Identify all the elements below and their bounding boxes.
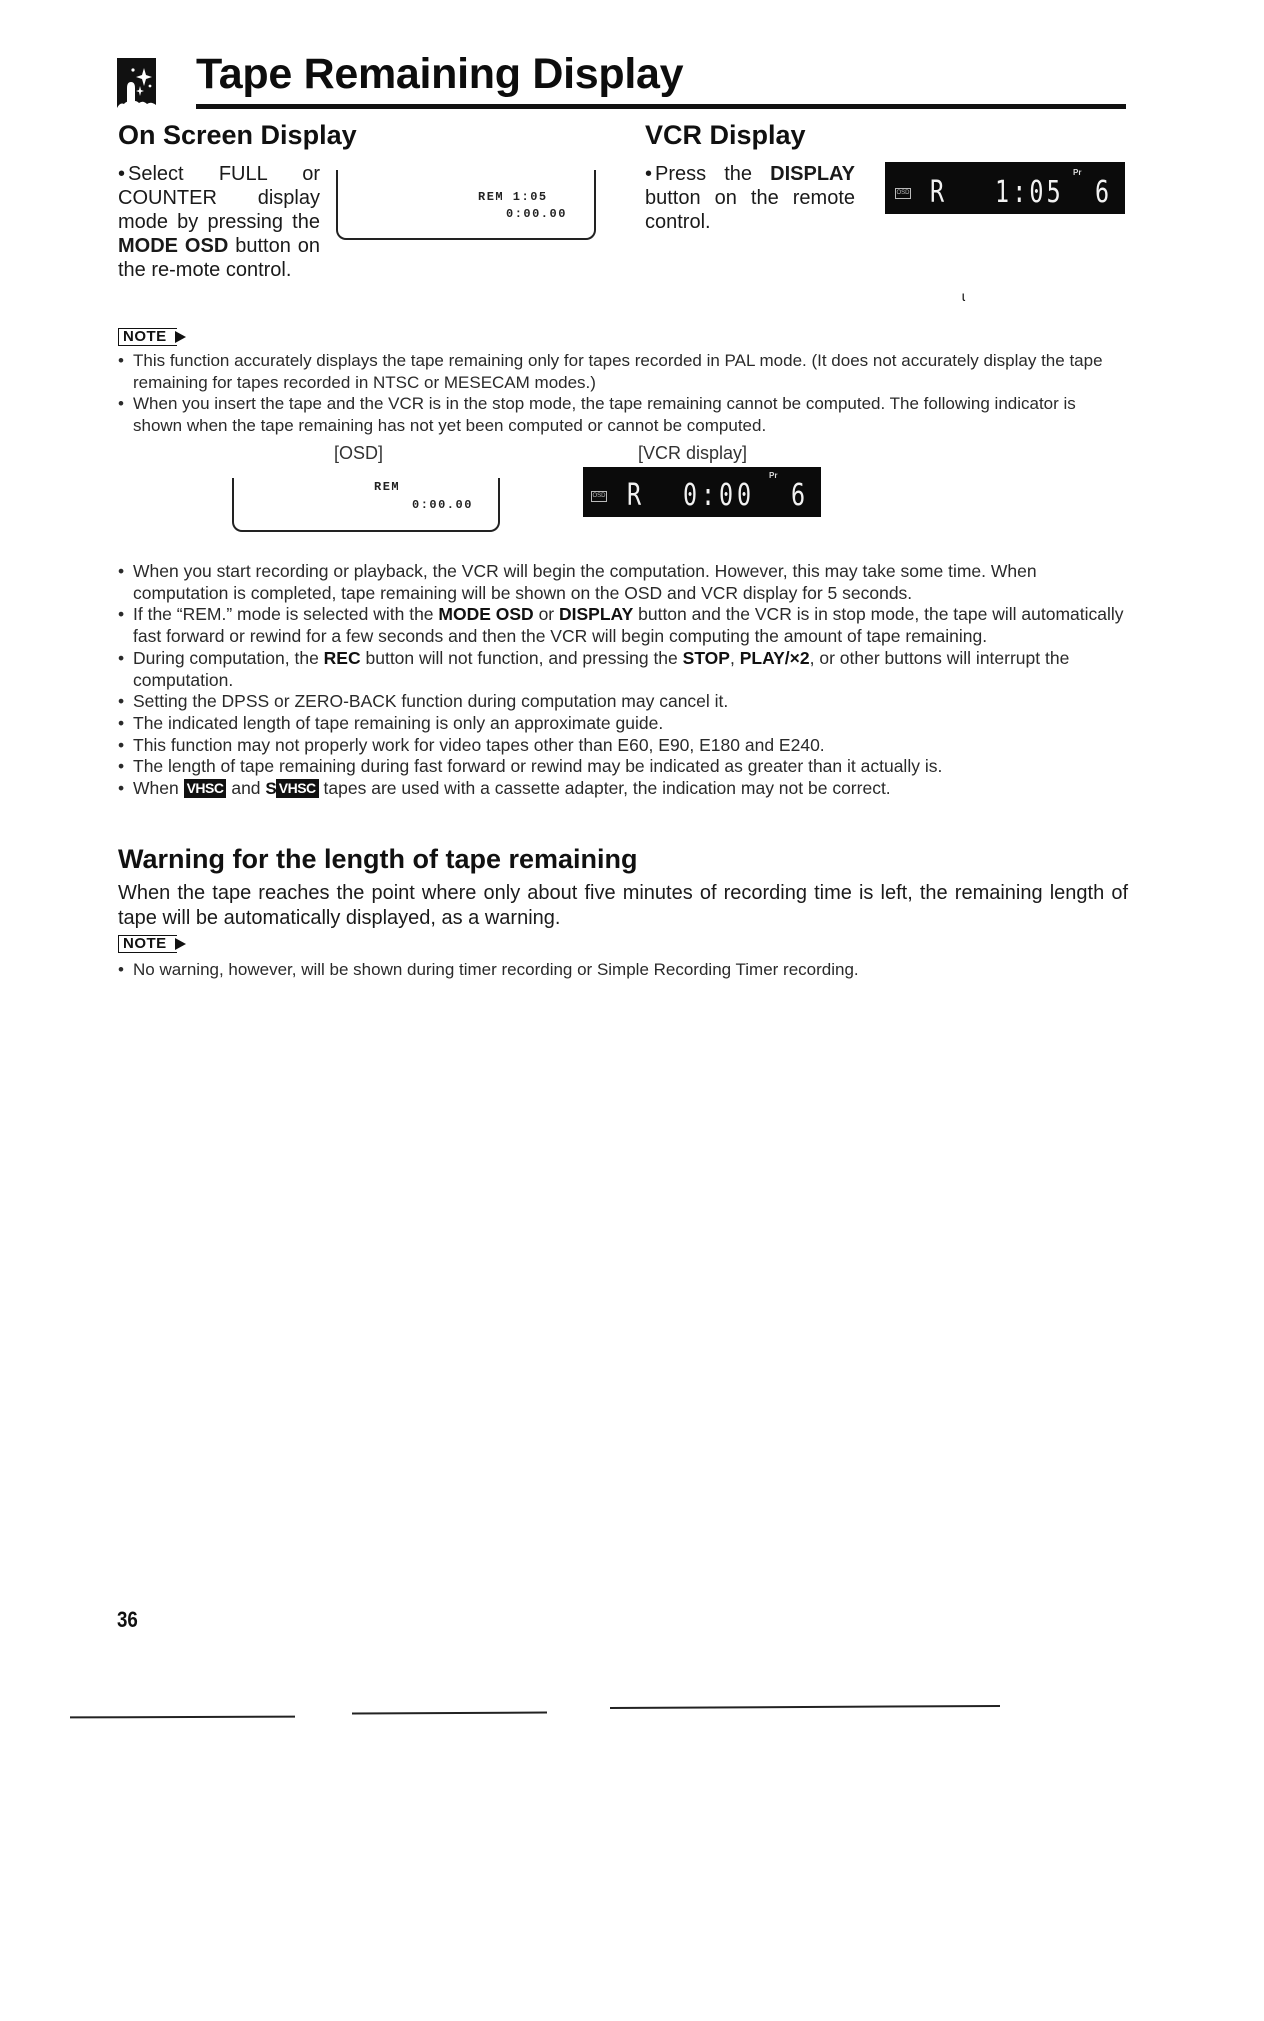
osd-indicator-line-2: 0:00.00	[412, 498, 473, 512]
pr-label: Pr	[1073, 168, 1081, 177]
note-item: No warning, however, will be shown durin…	[118, 959, 1128, 981]
note-item: Setting the DPSS or ZERO-BACK function d…	[118, 691, 1128, 713]
osd-indicator-example: REM 0:00.00	[232, 478, 500, 532]
stray-mark: ɩ	[962, 288, 965, 304]
osd-indicator-icon: OSD	[895, 188, 911, 199]
scan-artifact-line	[70, 1716, 295, 1719]
note-item: This function may not properly work for …	[118, 735, 1128, 757]
vcr-time: 1:05	[995, 175, 1064, 210]
note-badge: NOTE	[118, 935, 186, 953]
vcr-channel: 6	[791, 478, 805, 513]
bullet: •	[645, 162, 655, 186]
vhs-c-logo-icon: VHSC	[184, 778, 227, 798]
note-item: During computation, the REC button will …	[118, 648, 1128, 691]
rocket-stars-icon	[117, 58, 156, 108]
page-title: Tape Remaining Display	[196, 50, 683, 99]
note-item: The length of tape remaining during fast…	[118, 756, 1128, 778]
note-item: The indicated length of tape remaining i…	[118, 713, 1128, 735]
note-arrow-icon	[175, 938, 186, 950]
vcr-channel: 6	[1095, 175, 1109, 210]
vcr-front-display: OSD Pr R 1:05 6	[885, 162, 1125, 214]
note-item: When you insert the tape and the VCR is …	[118, 393, 1128, 436]
vcr-display-heading: VCR Display	[645, 120, 806, 151]
vcr-caption: [VCR display]	[638, 443, 747, 464]
osd-instruction: •Select FULL or COUNTER display mode by …	[118, 162, 320, 282]
note-arrow-icon	[175, 331, 186, 343]
note-list-1: This function accurately displays the ta…	[118, 350, 1128, 437]
scan-artifact-line	[610, 1705, 1000, 1709]
warning-text: When the tape reaches the point where on…	[118, 881, 1128, 931]
on-screen-display-heading: On Screen Display	[118, 120, 357, 151]
vcr-indicator-display: OSD Pr R 0:00 6	[583, 467, 821, 517]
note-badge: NOTE	[118, 328, 186, 346]
osd-line-2: 0:00.00	[506, 207, 567, 221]
osd-caption: [OSD]	[334, 443, 383, 464]
vcr-mode-char: R	[627, 478, 641, 513]
note-list-2: When you start recording or playback, th…	[118, 561, 1128, 800]
osd-screen-example: REM 1:05 0:00.00	[336, 170, 596, 240]
osd-line-1: REM 1:05	[478, 190, 548, 204]
warning-heading: Warning for the length of tape remaining	[118, 844, 638, 875]
title-rule	[196, 104, 1126, 109]
vcr-instruction: •Press the DISPLAY button on the remote …	[645, 162, 855, 234]
page-number: 36	[117, 1607, 138, 1633]
vcr-time: 0:00	[683, 478, 755, 513]
s-vhs-c-logo-icon: SVHSC	[265, 778, 318, 798]
osd-indicator-icon: OSD	[591, 491, 607, 502]
vcr-mode-char: R	[930, 175, 944, 210]
osd-indicator-line-1: REM	[374, 480, 400, 494]
warning-note-list: No warning, however, will be shown durin…	[118, 959, 1128, 981]
scan-artifact-line	[352, 1711, 547, 1714]
note-item: When you start recording or playback, th…	[118, 561, 1128, 604]
bullet: •	[118, 162, 128, 186]
note-item: When VHSC and SVHSC tapes are used with …	[118, 778, 1128, 800]
note-item: If the “REM.” mode is selected with the …	[118, 604, 1128, 647]
note-item: This function accurately displays the ta…	[118, 350, 1128, 393]
pr-label: Pr	[769, 471, 777, 480]
